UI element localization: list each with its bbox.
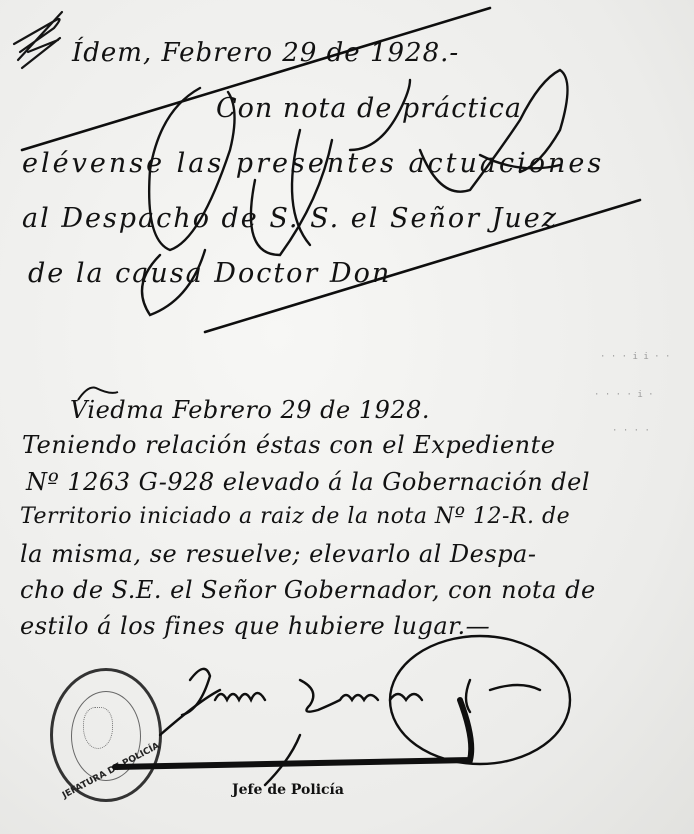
police-seal-stamp: JEFATURA DE POLICÍA [50, 668, 162, 802]
resolution-line: Territorio iniciado a raiz de la nota Nº… [20, 506, 570, 528]
bleed-mark: · · · · i · [594, 390, 654, 400]
resolution-date-line: Viedma Febrero 29 de 1928. [70, 398, 430, 422]
resolution-line: cho de S.E. el Señor Gobernador, con not… [20, 578, 596, 602]
note-line: Con nota de práctica [216, 95, 522, 122]
initial-flourish-icon [14, 12, 62, 68]
bleed-mark: · · · i i · · [600, 352, 670, 362]
note-date-line: Ídem, Febrero 29 de 1928.- [72, 40, 459, 66]
note-line: al Despacho de S. S. el Señor Juez [22, 205, 558, 232]
resolution-line: Nº 1263 G-928 elevado á la Gobernación d… [26, 470, 590, 494]
bleed-mark: · · · · [612, 426, 650, 436]
signature-juan-cervantes [115, 636, 570, 785]
note-line: de la causa Doctor Don [28, 260, 391, 287]
printed-title-caption: Jefe de Policía [232, 782, 344, 798]
note-line: elévense las presentes actuaciones [22, 150, 604, 177]
coat-of-arms-icon [83, 707, 113, 749]
document-page: Ídem, Febrero 29 de 1928.- Con nota de p… [0, 0, 694, 834]
resolution-line: la misma, se resuelve; elevarlo al Despa… [20, 542, 536, 566]
resolution-line: estilo á los fines que hubiere lugar.— [20, 614, 490, 638]
resolution-line: Teniendo relación éstas con el Expedient… [22, 433, 555, 457]
